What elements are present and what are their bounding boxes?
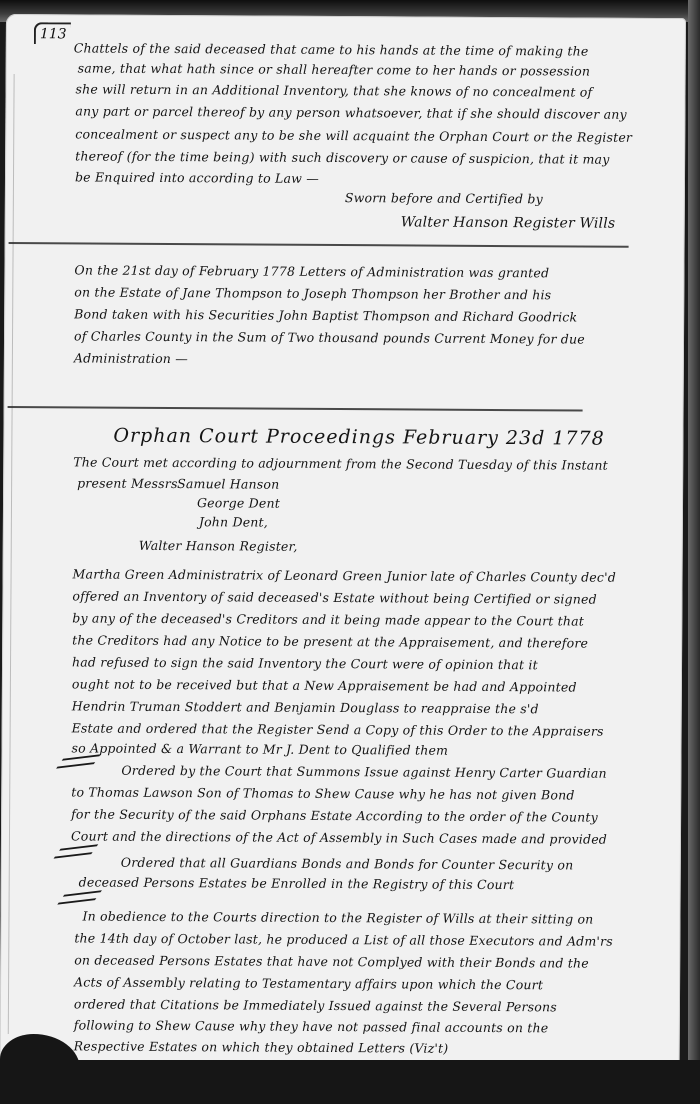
summons-paragraph-line: Court and the directions of the Act of A…: [71, 828, 607, 846]
green-paragraph-line: by any of the deceased's Creditors and i…: [72, 610, 584, 628]
bonds-paragraph-line: Ordered that all Guardians Bonds and Bon…: [121, 855, 574, 873]
oath-line: same, that what hath since or shall here…: [78, 60, 591, 78]
oath-line: be Enquired into according to Law —: [75, 169, 319, 185]
green-paragraph-line: offered an Inventory of said deceased's …: [72, 588, 596, 606]
green-paragraph-line: ought not to be received but that a New …: [72, 676, 577, 694]
green-paragraph-line: Martha Green Administratrix of Leonard G…: [73, 566, 616, 584]
present-label: present Messrs: [77, 475, 178, 491]
section-divider: [8, 406, 583, 412]
proceedings-opening: The Court met according to adjournment f…: [73, 454, 608, 472]
ledger-page: 113 Chattels of the said deceased that c…: [0, 14, 686, 1100]
green-paragraph-line: had refused to sign the said Inventory t…: [72, 654, 538, 672]
administration-line: Bond taken with his Securities John Bapt…: [74, 306, 577, 324]
attestation: Sworn before and Certified by: [345, 190, 543, 206]
administration-line: of Charles County in the Sum of Two thou…: [74, 328, 585, 346]
scan-right-edge: [688, 0, 700, 1104]
administration-line: Administration —: [74, 350, 188, 366]
green-paragraph-line: Hendrin Truman Stoddert and Benjamin Dou…: [72, 698, 539, 716]
oath-line: concealment or suspect any to be she wil…: [75, 126, 632, 144]
oath-line: any part or parcel thereof by any person…: [75, 103, 626, 121]
administration-line: On the 21st day of February 1778 Letters…: [74, 262, 549, 280]
left-margin-line: [8, 74, 15, 1034]
flourish-mark: [56, 754, 101, 768]
flourish-mark: [57, 890, 102, 904]
section-divider: [9, 242, 629, 248]
scan-bottom-shadow: [0, 1060, 700, 1104]
register-name: Walter Hanson Register,: [139, 538, 298, 554]
summons-paragraph-line: for the Security of the said Orphans Est…: [71, 806, 598, 824]
justice-name: Samuel Hanson: [177, 476, 279, 492]
justice-name: John Dent,: [199, 514, 268, 529]
register-list-line: the 14th day of October last, he produce…: [74, 930, 613, 948]
oath-line: she will return in an Additional Invento…: [75, 81, 592, 99]
register-list-line: In obedience to the Courts direction to …: [82, 908, 593, 926]
flourish-mark: [54, 844, 99, 858]
register-list-line: ordered that Citations be Immediately Is…: [74, 996, 557, 1014]
register-signature: Walter Hanson Register Wills: [401, 214, 616, 231]
bonds-paragraph-line: deceased Persons Estates be Enrolled in …: [79, 874, 515, 892]
justice-name: George Dent: [197, 495, 280, 511]
green-paragraph-line: Estate and ordered that the Register Sen…: [72, 720, 604, 738]
administration-line: on the Estate of Jane Thompson to Joseph…: [74, 284, 551, 302]
register-list-line: Acts of Assembly relating to Testamentar…: [74, 974, 543, 992]
oath-line: thereof (for the time being) with such d…: [75, 148, 609, 166]
green-paragraph-line: the Creditors had any Notice to be prese…: [72, 632, 588, 650]
proceedings-title: Orphan Court Proceedings February 23d 17…: [113, 425, 604, 450]
summons-paragraph-line: Ordered by the Court that Summons Issue …: [121, 763, 607, 781]
oath-line: Chattels of the said deceased that came …: [74, 40, 589, 58]
green-paragraph-line: so Appointed & a Warrant to Mr J. Dent t…: [71, 740, 448, 757]
register-list-line: on deceased Persons Estates that have no…: [74, 952, 589, 970]
summons-paragraph-line: to Thomas Lawson Son of Thomas to Shew C…: [71, 784, 574, 802]
register-list-line: Respective Estates on which they obtaine…: [74, 1038, 449, 1055]
register-list-line: following to Shew Cause why they have no…: [74, 1017, 549, 1035]
page-number: 113: [34, 22, 71, 44]
